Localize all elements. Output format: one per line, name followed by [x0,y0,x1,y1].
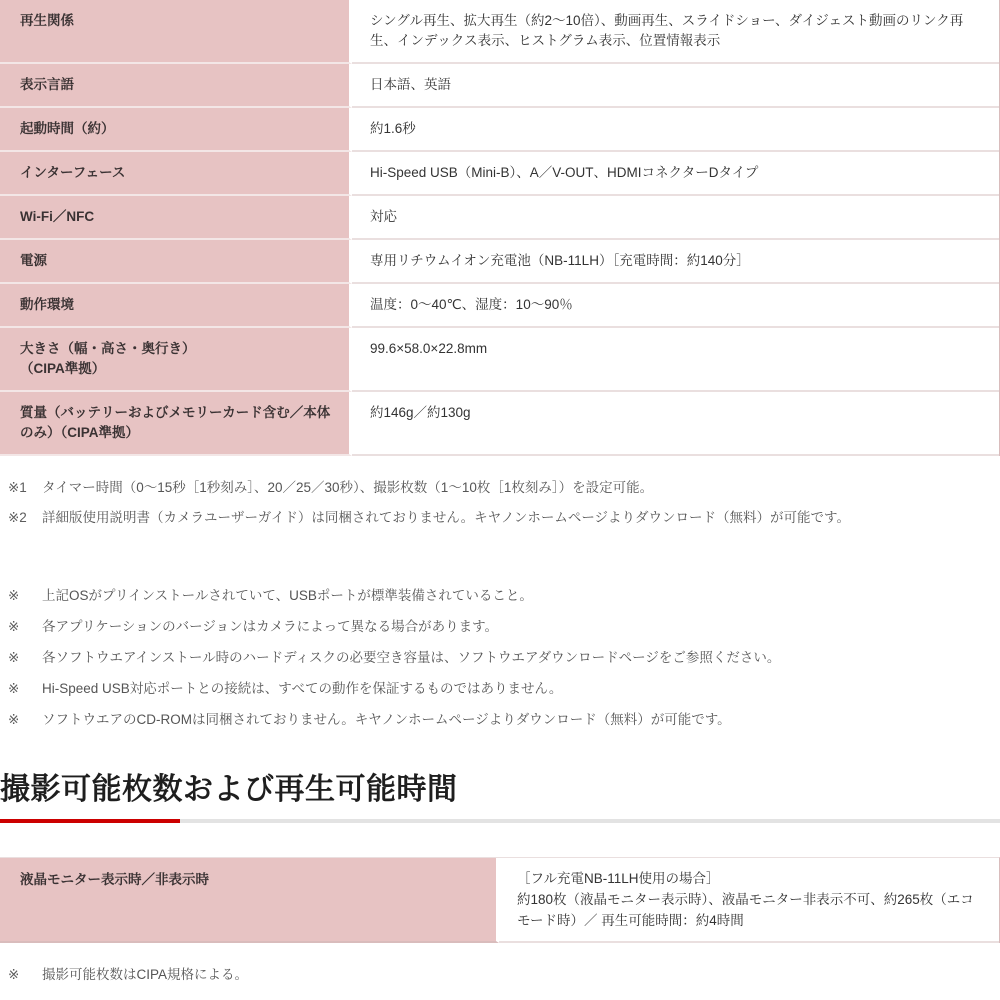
note-marker: ※ [8,648,42,668]
battery-table: 液晶モニター表示時／非表示時 ［フル充電NB-11LH使用の場合］ 約180枚（… [0,857,1000,943]
note: ※ ソフトウエアのCD-ROMは同梱されておりません。キヤノンホームページよりダ… [8,710,1000,730]
footnote-text: 詳細版使用説明書（カメラユーザーガイド）は同梱されておりません。キヤノンホームペ… [42,508,1000,528]
row-value: 専用リチウムイオン充電池（NB-11LH）［充電時間：約140分］ [352,240,999,284]
row-label: Wi-Fi／NFC [0,196,352,240]
table-row: 動作環境 温度：0～40℃、湿度：10～90％ [0,284,999,328]
footnote-marker: ※2 [8,508,42,528]
row-value: シングル再生、拡大再生（約2～10倍）、動画再生、スライドショー、ダイジェスト動… [352,0,999,64]
table-row: Wi-Fi／NFC 対応 [0,196,999,240]
heading-underline [0,819,1000,823]
note: ※ Hi-Speed USB対応ポートとの接続は、すべての動作を保証するものでは… [8,679,1000,699]
row-value: 約1.6秒 [352,108,999,152]
footer-note: ※ 撮影可能枚数はCIPA規格による。 [0,965,1000,985]
note-marker: ※ [8,586,42,606]
footnote: ※1 タイマー時間（0～15秒［1秒刻み］、20／25／30秒）、撮影枚数（1～… [8,478,1000,498]
note-marker: ※ [8,617,42,637]
row-label: 再生関係 [0,0,352,64]
row-value: 日本語、英語 [352,64,999,108]
footnote-marker: ※1 [8,478,42,498]
row-label: 動作環境 [0,284,352,328]
note-text: ソフトウエアのCD-ROMは同梱されておりません。キヤノンホームページよりダウン… [42,710,1000,730]
footnote-text: タイマー時間（0～15秒［1秒刻み］、20／25／30秒）、撮影枚数（1～10枚… [42,478,1000,498]
table-row: 液晶モニター表示時／非表示時 ［フル充電NB-11LH使用の場合］ 約180枚（… [0,858,999,943]
note-marker: ※ [8,679,42,699]
note-marker: ※ [8,710,42,730]
general-notes: ※ 上記OSがプリインストールされていて、USBポートが標準装備されていること。… [0,586,1000,730]
row-label: 起動時間（約） [0,108,352,152]
note: ※ 各ソフトウエアインストール時のハードディスクの必要空き容量は、ソフトウエアダ… [8,648,1000,668]
note: ※ 撮影可能枚数はCIPA規格による。 [8,965,1000,985]
row-label: インターフェース [0,152,352,196]
section-heading: 撮影可能枚数および再生可能時間 [0,772,1000,807]
row-value: ［フル充電NB-11LH使用の場合］ 約180枚（液晶モニター表示時）、液晶モニ… [499,858,999,943]
row-label: 質量（バッテリーおよびメモリーカード含む／本体のみ）（CIPA準拠） [0,392,352,456]
row-label: 液晶モニター表示時／非表示時 [0,858,499,943]
note: ※ 各アプリケーションのバージョンはカメラによって異なる場合があります。 [8,617,1000,637]
footnote: ※2 詳細版使用説明書（カメラユーザーガイド）は同梱されておりません。キヤノンホ… [8,508,1000,528]
row-value: 対応 [352,196,999,240]
note-text: 各アプリケーションのバージョンはカメラによって異なる場合があります。 [42,617,1000,637]
note-text: 上記OSがプリインストールされていて、USBポートが標準装備されていること。 [42,586,1000,606]
row-label: 電源 [0,240,352,284]
note-text: Hi-Speed USB対応ポートとの接続は、すべての動作を保証するものではあり… [42,679,1000,699]
table-row: 質量（バッテリーおよびメモリーカード含む／本体のみ）（CIPA準拠） 約146g… [0,392,999,456]
note-text: 各ソフトウエアインストール時のハードディスクの必要空き容量は、ソフトウエアダウン… [42,648,1000,668]
row-value: 温度：0～40℃、湿度：10～90％ [352,284,999,328]
row-value: Hi-Speed USB（Mini-B）、A／V-OUT、HDMIコネクターDタ… [352,152,999,196]
table-row: 起動時間（約） 約1.6秒 [0,108,999,152]
row-value: 約146g／約130g [352,392,999,456]
heading-underline-accent [0,819,180,823]
table-row: 再生関係 シングル再生、拡大再生（約2～10倍）、動画再生、スライドショー、ダイ… [0,0,999,64]
table-row: 電源 専用リチウムイオン充電池（NB-11LH）［充電時間：約140分］ [0,240,999,284]
row-label: 大きさ（幅・高さ・奥行き） （CIPA準拠） [0,328,352,392]
row-label: 表示言語 [0,64,352,108]
note-marker: ※ [8,965,42,985]
table-row: インターフェース Hi-Speed USB（Mini-B）、A／V-OUT、HD… [0,152,999,196]
note-text: 撮影可能枚数はCIPA規格による。 [42,965,1000,985]
numbered-footnotes: ※1 タイマー時間（0～15秒［1秒刻み］、20／25／30秒）、撮影枚数（1～… [0,478,1000,528]
table-row: 表示言語 日本語、英語 [0,64,999,108]
table-row: 大きさ（幅・高さ・奥行き） （CIPA準拠） 99.6×58.0×22.8mm [0,328,999,392]
note: ※ 上記OSがプリインストールされていて、USBポートが標準装備されていること。 [8,586,1000,606]
spec-table: 再生関係 シングル再生、拡大再生（約2～10倍）、動画再生、スライドショー、ダイ… [0,0,1000,456]
row-value: 99.6×58.0×22.8mm [352,328,999,392]
